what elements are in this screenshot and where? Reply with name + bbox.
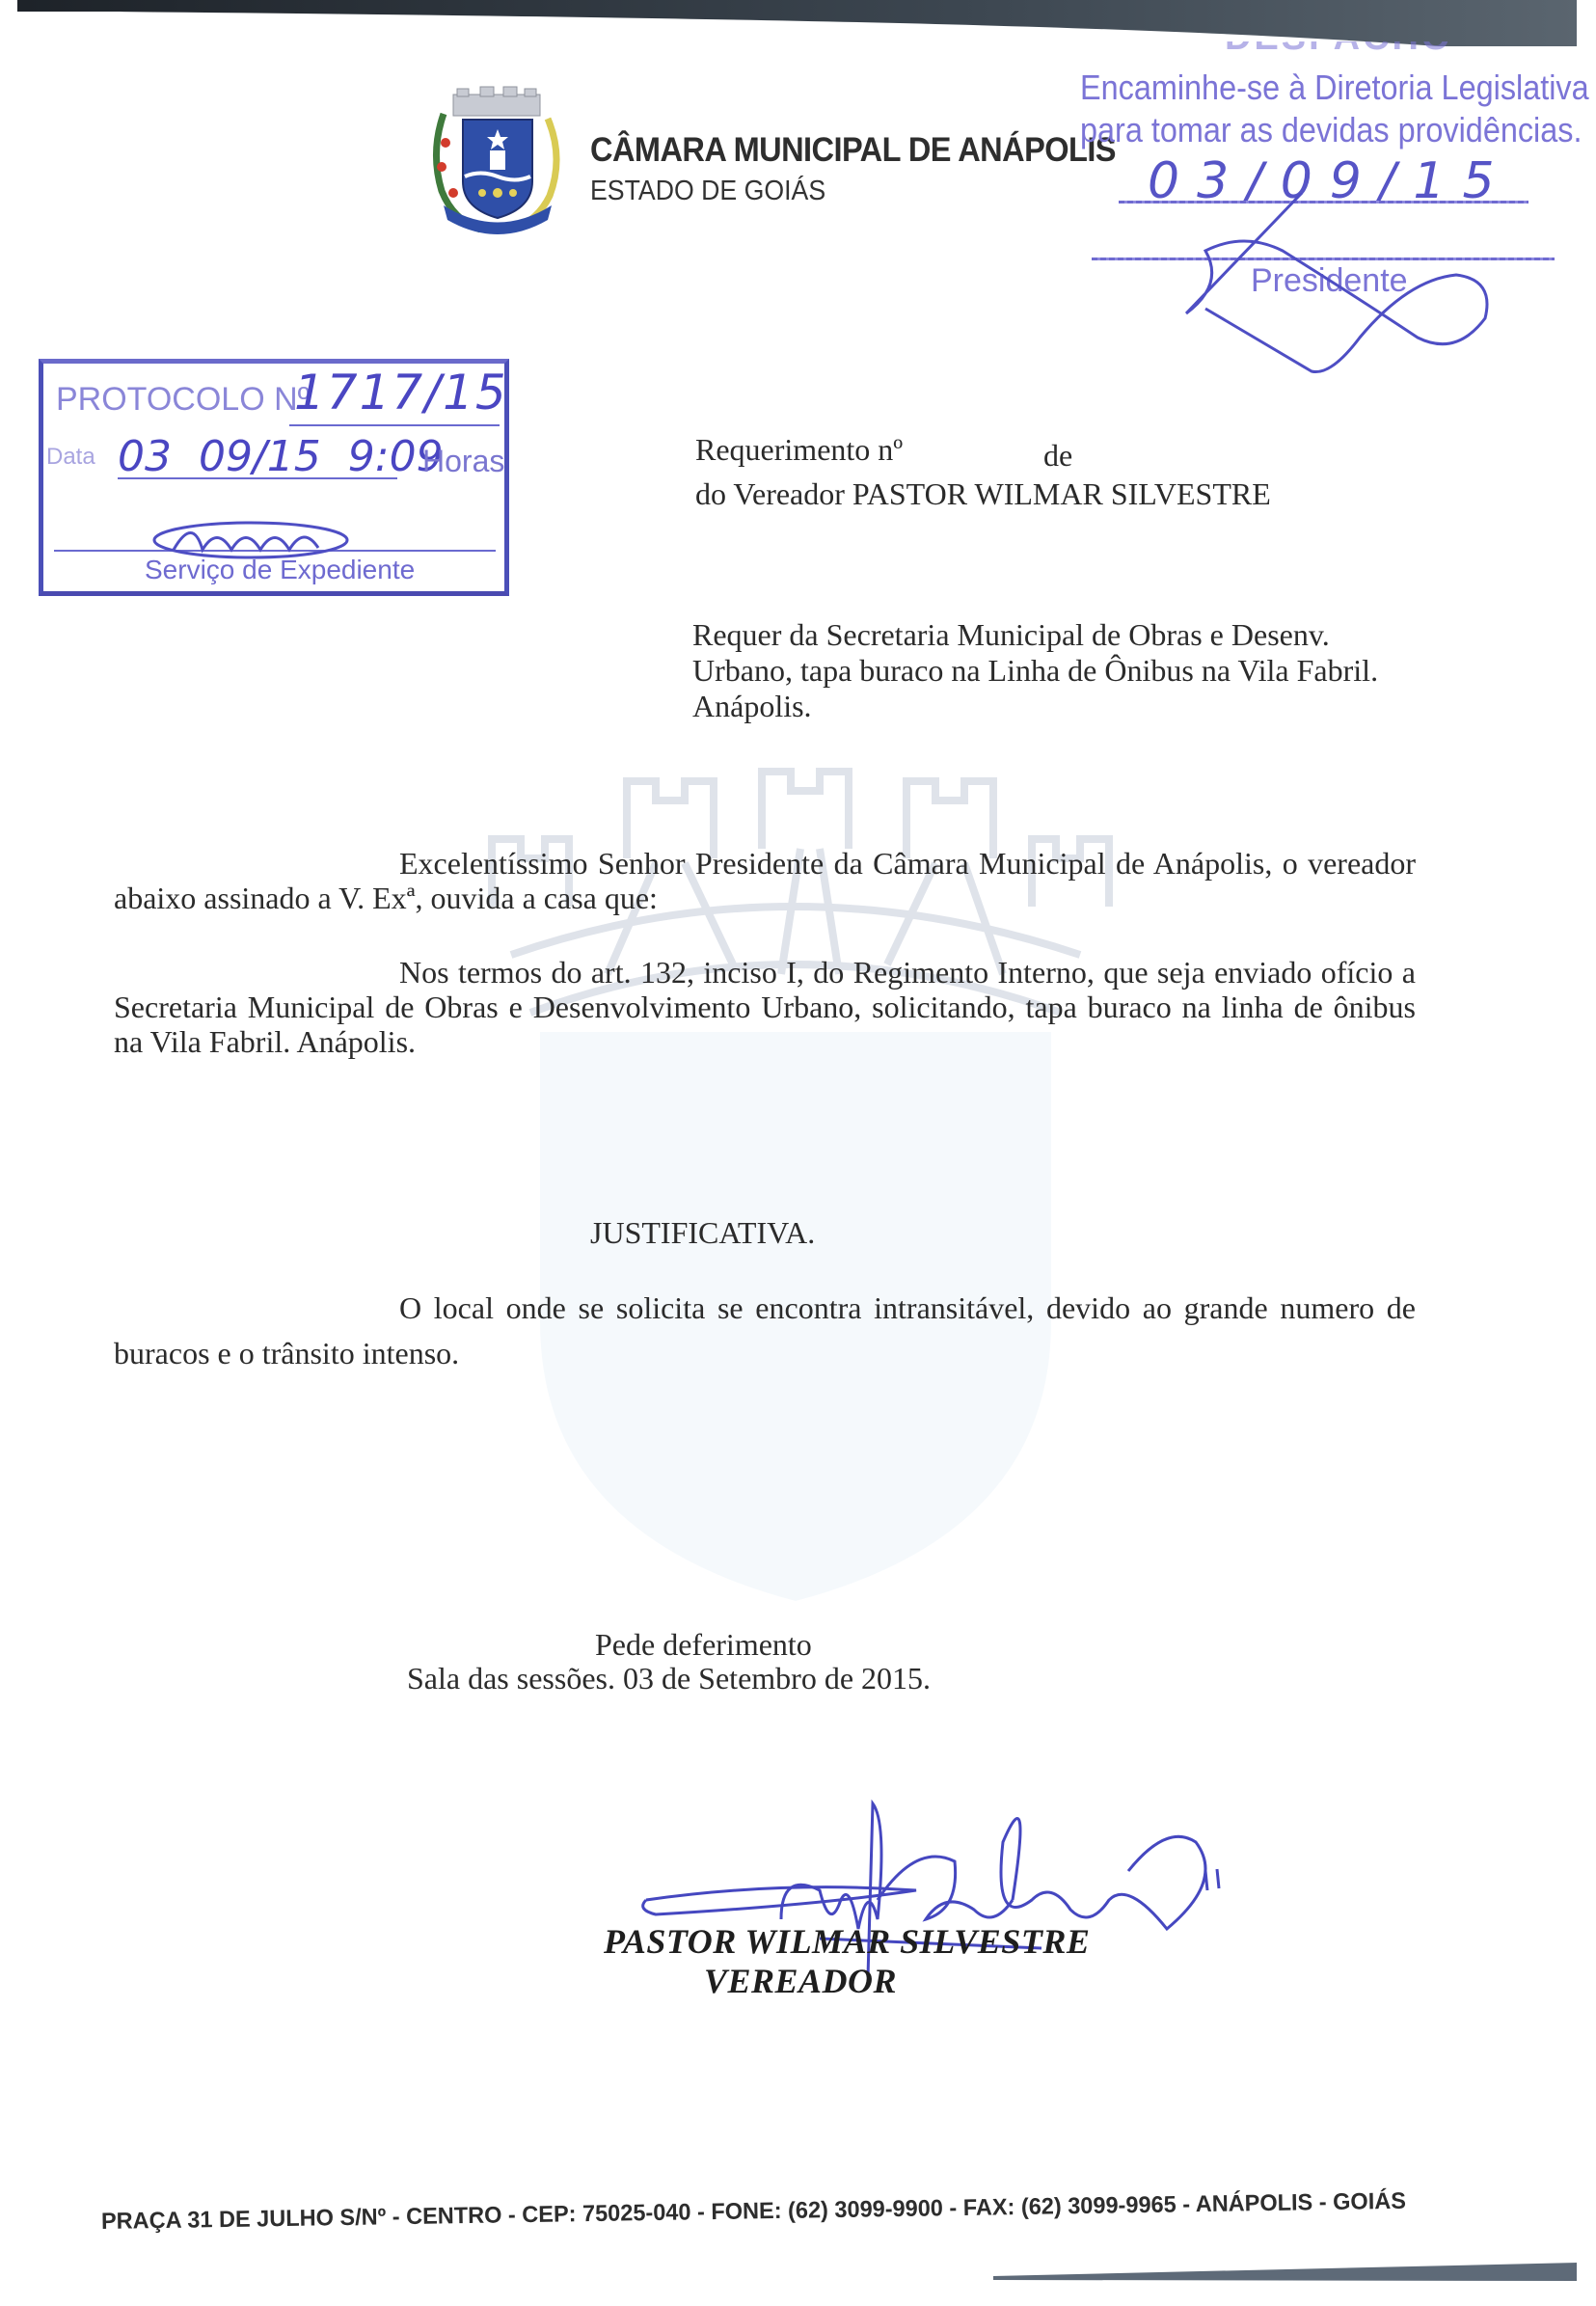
body-paragraph-2-text: Nos termos do art. 132, inciso I, do Reg… <box>114 955 1416 1059</box>
ementa: Requer da Secretaria Municipal de Obras … <box>692 617 1378 724</box>
closing-request: Pede deferimento <box>595 1627 812 1663</box>
scanner-edge-right <box>1577 0 1596 2306</box>
protocol-date: 03 09/15 9:09 <box>118 432 444 481</box>
protocol-date-label: Data <box>46 444 95 471</box>
body-paragraph-1: Excelentíssimo Senhor Presidente da Câma… <box>114 846 1416 915</box>
footer-address: PRAÇA 31 DE JULHO S/Nº - CENTRO - CEP: 7… <box>101 2188 1406 2236</box>
protocol-time-label: Horas <box>422 444 504 479</box>
requerimento-label: Requerimento nº <box>695 434 903 465</box>
president-signature-icon <box>1167 193 1514 376</box>
scanner-edge-bottom <box>0 2257 1596 2306</box>
justification-title: JUSTIFICATIVA. <box>590 1215 815 1251</box>
coat-of-arms-icon <box>424 85 569 239</box>
protocol-date-value: 03 09/15 <box>118 432 321 481</box>
justification-text: O local onde se solicita se encontra int… <box>114 1290 1416 1370</box>
body-paragraph-2: Nos termos do art. 132, inciso I, do Reg… <box>114 955 1416 1059</box>
requerimento-de: de <box>1043 440 1072 471</box>
protocol-date-rule <box>118 477 397 479</box>
protocol-number: 1717/15 <box>294 365 508 421</box>
author-line: do Vereador PASTOR WILMAR SILVESTRE <box>695 478 1271 509</box>
scanner-edge-top <box>0 0 1596 46</box>
justification-paragraph: O local onde se solicita se encontra int… <box>114 1286 1416 1376</box>
signer-role: VEREADOR <box>704 1961 897 2001</box>
protocol-department: Serviço de Expediente <box>145 555 415 585</box>
despacho-stamp-line1: Encaminhe-se à Diretoria Legislativa <box>1080 68 1589 108</box>
body-paragraph-1-text: Excelentíssimo Senhor Presidente da Câma… <box>114 846 1416 915</box>
organization-name: CÂMARA MUNICIPAL DE ANÁPOLIS <box>590 131 1116 170</box>
despacho-stamp-line2: para tomar as devidas providências. <box>1080 110 1582 150</box>
organization-state: ESTADO DE GOIÁS <box>590 176 825 207</box>
protocol-label: PROTOCOLO Nº <box>56 381 310 419</box>
protocol-number-rule <box>289 424 500 426</box>
closing-place-date: Sala das sessões. 03 de Setembro de 2015… <box>407 1661 931 1696</box>
signer-name: PASTOR WILMAR SILVESTRE <box>604 1921 1090 1962</box>
